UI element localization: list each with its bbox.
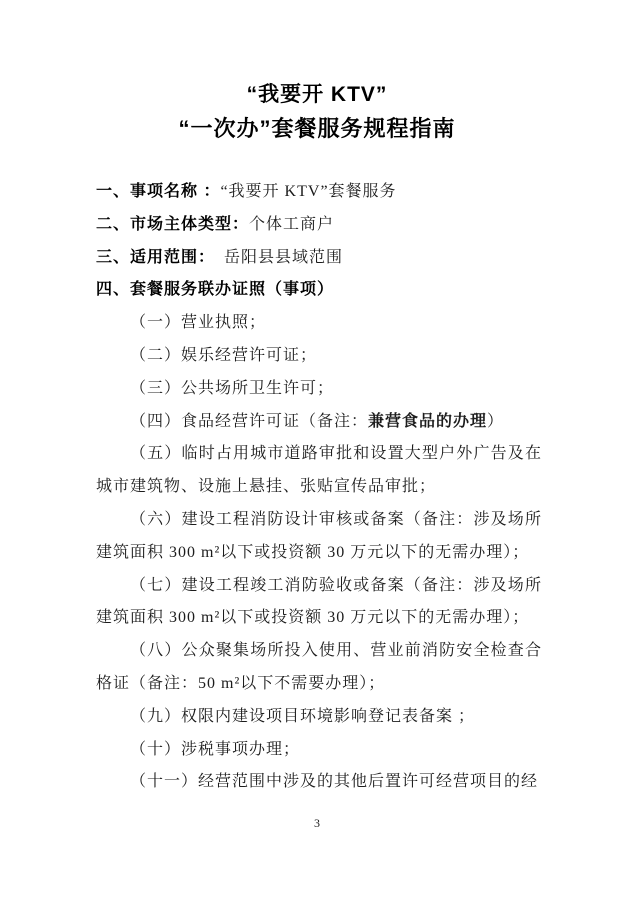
list-item-8: （八）公众聚集场所投入使用、营业前消防安全检查合格证（备注：50 m²以下不需要…	[96, 635, 542, 701]
list-item-text: （八）公众聚集场所投入使用、营业前消防安全检查合格证（备注：50 m²以下不需要…	[96, 642, 542, 692]
list-item-text: （七）建设工程竣工消防验收或备案（备注：涉及场所建筑面积 300 m²以下或投资…	[96, 577, 542, 627]
list-item-11: （十一）经营范围中涉及的其他后置许可经营项目的经	[96, 766, 542, 799]
heading-value: 个体工商户	[249, 216, 334, 233]
page-number: 3	[0, 816, 634, 831]
list-item-text: （十一）经营范围中涉及的其他后置许可经营项目的经	[130, 773, 538, 790]
section-heading-2: 二、市场主体类型：个体工商户	[96, 209, 542, 242]
document-title: “我要开 KTV” “一次办”套餐服务规程指南	[0, 0, 634, 146]
heading-value: 岳阳县县域范围	[207, 249, 343, 266]
list-item-4: （四）食品经营许可证（备注：兼营食品的办理）	[96, 406, 542, 439]
list-item-text: （十）涉税事项办理；	[130, 741, 300, 758]
list-item-9: （九）权限内建设项目环境影响登记表备案 ；	[96, 701, 542, 734]
section-heading-1: 一、事项名称 ：“我要开 KTV”套餐服务	[96, 176, 542, 209]
title-line-2: “一次办”套餐服务规程指南	[0, 112, 634, 146]
heading-label: 二、市场主体类型：	[96, 216, 249, 233]
list-item-5: （五）临时占用城市道路审批和设置大型户外广告及在城市建筑物、设施上悬挂、张贴宣传…	[96, 438, 542, 504]
section-heading-3: 三、适用范围： 岳阳县县域范围	[96, 242, 542, 275]
list-item-text: （五）临时占用城市道路审批和设置大型户外广告及在城市建筑物、设施上悬挂、张贴宣传…	[96, 445, 542, 495]
list-item-text: ）	[487, 413, 504, 430]
list-item-6: （六）建设工程消防设计审核或备案（备注：涉及场所建筑面积 300 m²以下或投资…	[96, 504, 542, 570]
heading-label: 三、适用范围：	[96, 249, 207, 266]
list-item-text: （六）建设工程消防设计审核或备案（备注：涉及场所建筑面积 300 m²以下或投资…	[96, 511, 542, 561]
document-body: 一、事项名称 ：“我要开 KTV”套餐服务 二、市场主体类型：个体工商户 三、适…	[96, 176, 542, 799]
heading-label: 一、事项名称 ：	[96, 183, 220, 200]
heading-label: 四、套餐服务联办证照（事项）	[96, 281, 334, 298]
list-item-text: （一）营业执照；	[130, 314, 266, 331]
title-line-1: “我要开 KTV”	[0, 78, 634, 112]
list-item-text: （九）权限内建设项目环境影响登记表备案 ；	[130, 708, 475, 725]
list-item-3: （三）公共场所卫生许可；	[96, 373, 542, 406]
list-item-1: （一）营业执照；	[96, 307, 542, 340]
list-item-text: （三）公共场所卫生许可；	[130, 380, 334, 397]
list-item-note: 兼营食品的办理	[368, 413, 487, 430]
section-heading-4: 四、套餐服务联办证照（事项）	[96, 274, 542, 307]
document-page: “我要开 KTV” “一次办”套餐服务规程指南 一、事项名称 ：“我要开 KTV…	[0, 0, 634, 898]
list-item-10: （十）涉税事项办理；	[96, 734, 542, 767]
list-item-7: （七）建设工程竣工消防验收或备案（备注：涉及场所建筑面积 300 m²以下或投资…	[96, 570, 542, 636]
heading-value: “我要开 KTV”套餐服务	[220, 183, 396, 200]
list-item-text: （四）食品经营许可证（备注：	[130, 413, 368, 430]
list-item-2: （二）娱乐经营许可证；	[96, 340, 542, 373]
list-item-text: （二）娱乐经营许可证；	[130, 347, 317, 364]
